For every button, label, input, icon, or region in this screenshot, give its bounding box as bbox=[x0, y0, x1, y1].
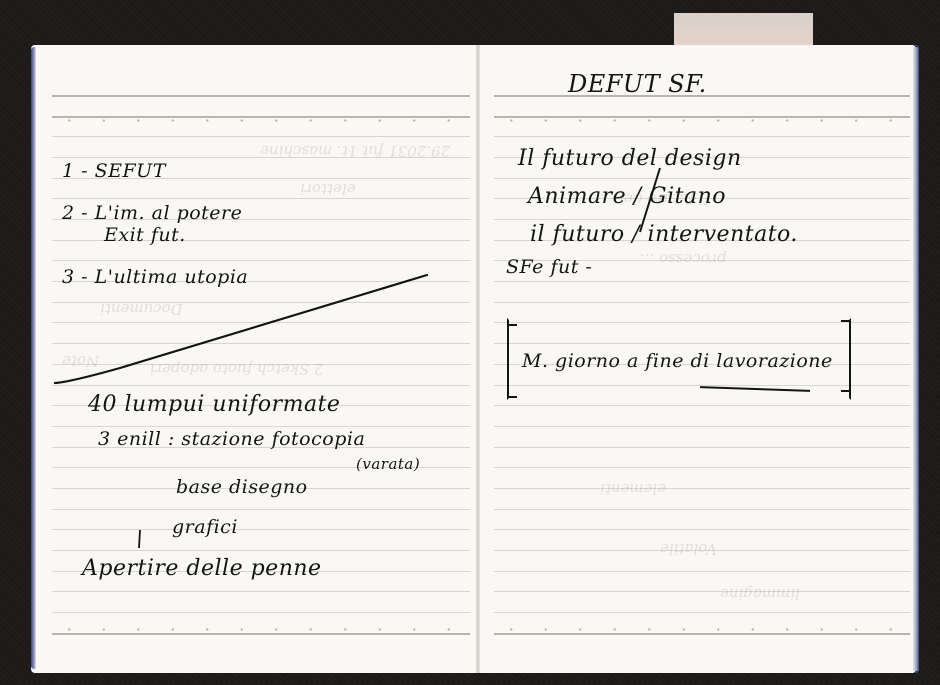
note-line: Animare / Gitano bbox=[528, 184, 726, 209]
note-line: Apertire delle penne bbox=[82, 556, 322, 581]
bracketed-note: M. giorno a fine di lavorazione bbox=[522, 350, 833, 372]
note-line: il futuro / interventato. bbox=[530, 222, 798, 247]
note-line: grafici bbox=[172, 516, 238, 538]
note-line: 3 enill : stazione fotocopia bbox=[98, 428, 365, 450]
page-title: DEFUT SF. bbox=[568, 70, 707, 98]
note-line: base disegno bbox=[176, 476, 308, 498]
note-line: SFe fut - bbox=[506, 256, 592, 278]
note-line: Il futuro del design bbox=[518, 146, 742, 171]
note-annotation: (varata) bbox=[356, 455, 420, 473]
note-line: 40 lumpui uniformate bbox=[88, 392, 340, 417]
